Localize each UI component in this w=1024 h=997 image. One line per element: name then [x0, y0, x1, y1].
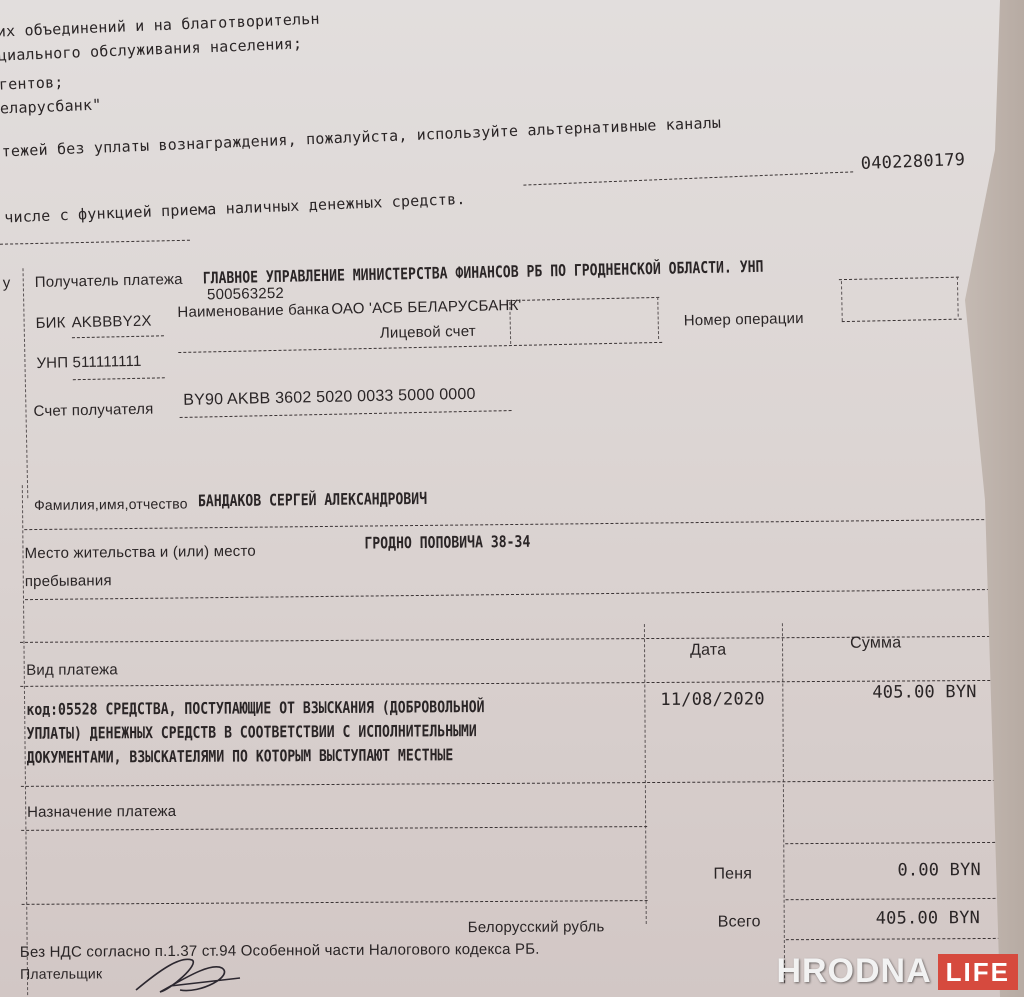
watermark-text: HRODNA — [776, 952, 931, 991]
divider — [22, 900, 648, 905]
signature-mark — [130, 950, 250, 996]
penalty-amount: 0.00 BYN — [897, 860, 981, 881]
divider — [786, 938, 1006, 940]
total-amount: 405.00 BYN — [876, 908, 980, 929]
currency-label: Белорусский рубль — [468, 918, 605, 936]
divider — [20, 680, 1005, 687]
divider — [21, 826, 647, 831]
payment-type-line-3: ДОКУМЕНТАМИ, ВЗЫСКАТЕЛЯМИ ПО КОТОРЫМ ВЫС… — [27, 745, 454, 767]
penalty-label: Пеня — [713, 865, 752, 883]
payment-type-line-1: код:05528 СРЕДСТВА, ПОСТУПАЮЩИЕ ОТ ВЗЫСК… — [26, 697, 484, 719]
payment-type-line-2: УПЛАТЫ) ДЕНЕЖНЫХ СРЕДСТВ В СООТВЕТСТВИИ … — [27, 721, 477, 743]
payment-date: 11/08/2020 — [660, 689, 764, 710]
payer-signature-label: Плательщик — [20, 965, 102, 982]
divider — [644, 624, 647, 924]
payment-type-label: Вид платежа — [26, 661, 118, 679]
amount-label: Сумма — [850, 634, 901, 652]
divider — [21, 780, 1006, 787]
vat-note: Без НДС согласно п.1.37 ст.94 Особенной … — [20, 941, 540, 961]
divider — [786, 898, 1006, 900]
total-label: Всего — [718, 913, 761, 931]
divider — [782, 623, 785, 983]
divider — [785, 842, 1005, 844]
receipt-paper: их объединений и на благотворительн циал… — [0, 0, 1024, 997]
watermark-badge: LIFE — [938, 954, 1018, 990]
purpose-label: Назначение платежа — [27, 803, 176, 821]
payment-amount: 405.00 BYN — [872, 682, 976, 703]
payment-table: Вид платежа Дата Сумма код:05528 СРЕДСТВ… — [0, 0, 1024, 997]
watermark-logo: HRODNA LIFE — [776, 952, 1018, 991]
date-label: Дата — [690, 642, 726, 660]
